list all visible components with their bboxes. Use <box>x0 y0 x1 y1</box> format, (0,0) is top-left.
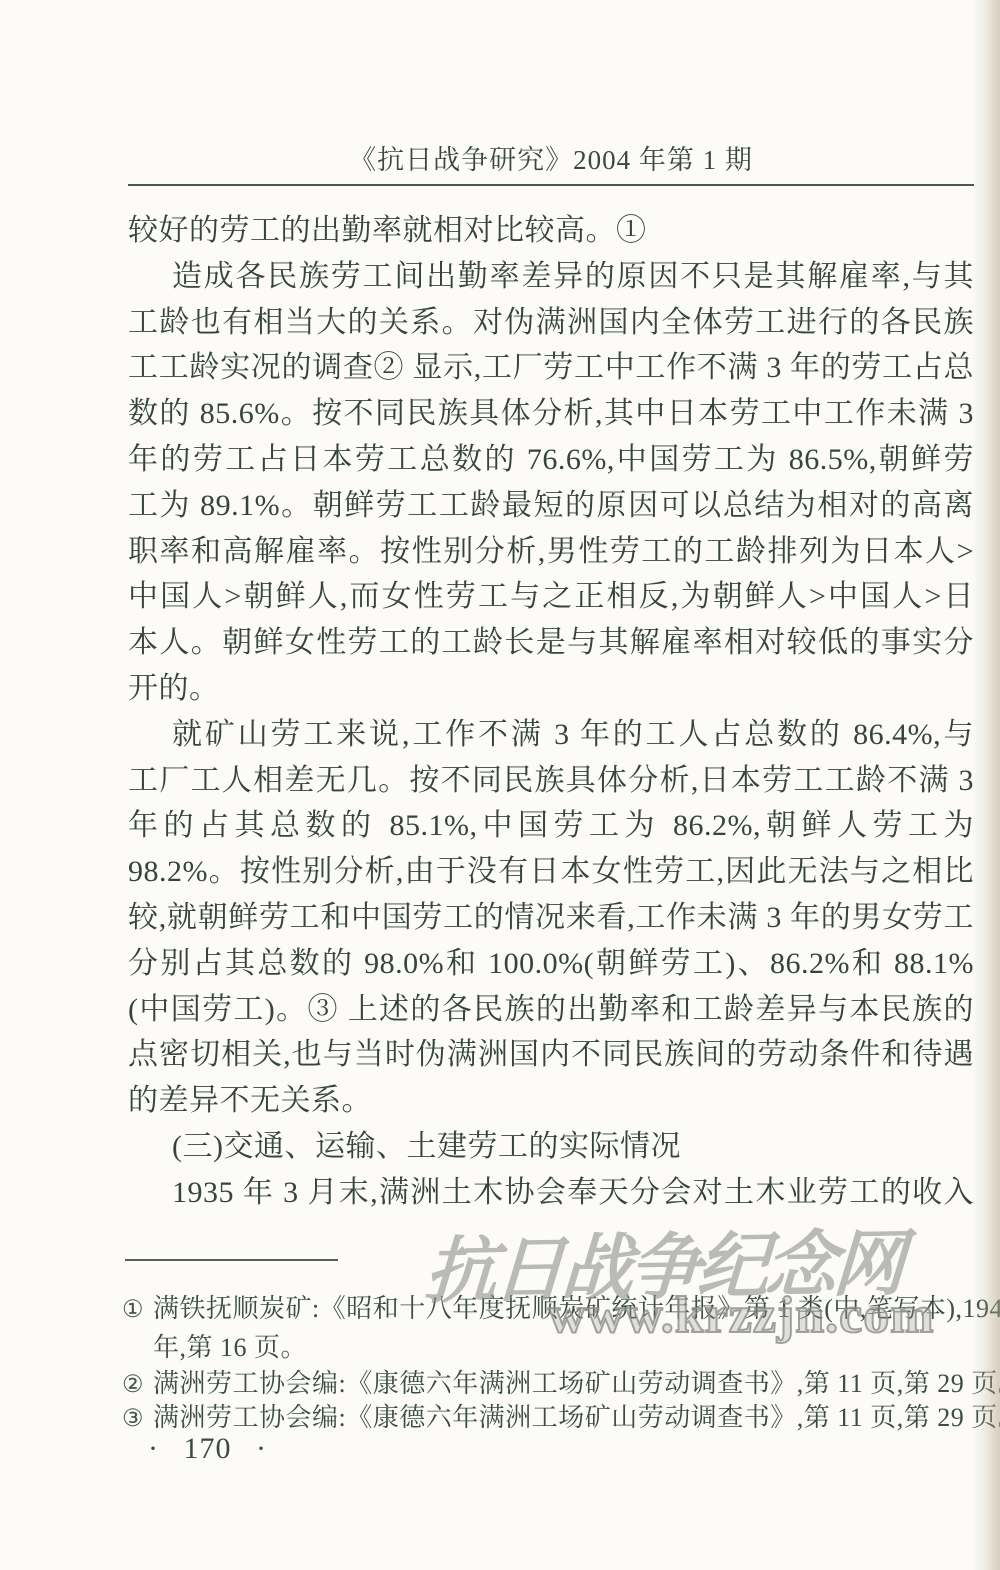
footnote-marker: ① <box>122 1295 144 1324</box>
text-line: 数的 85.6%。按不同民族具体分析,其中日本劳工中工作未满 3 <box>128 391 974 437</box>
text-line: 点密切相关,也与当时伪满洲国内不同民族间的劳动条件和待遇 <box>128 1032 974 1078</box>
text-line: 工工龄实况的调查② 显示,工厂劳工中工作不满 3 年的劳工占总 <box>128 345 974 391</box>
page-number: · 170 · <box>148 1432 267 1466</box>
text-line: 的差异不无关系。 <box>128 1078 974 1124</box>
text-line: 工厂工人相差无几。按不同民族具体分析,日本劳工工龄不满 3 <box>128 758 974 804</box>
text-line: (中国劳工)。③ 上述的各民族的出勤率和工龄差异与本民族的特 <box>128 987 974 1033</box>
text-line: 工为 89.1%。朝鲜劳工工龄最短的原因可以总结为相对的高离 <box>128 483 974 529</box>
footnote-text: 满洲劳工协会编:《康德六年满洲工场矿山劳动调查书》,第 11 页,第 29 页。 <box>153 1403 1000 1432</box>
footnote-3: ③满洲劳工协会编:《康德六年满洲工场矿山劳动调查书》,第 11 页,第 29 页… <box>122 1397 978 1434</box>
text-line: 本人。朝鲜女性劳工的工龄长是与其解雇率相对较低的事实分不 <box>128 620 974 666</box>
article-body: 较好的劳工的出勤率就相对比较高。① 造成各民族劳工间出勤率差异的原因不只是其解雇… <box>128 208 974 1216</box>
text-line: 造成各民族劳工间出勤率差异的原因不只是其解雇率,与其 <box>128 254 974 300</box>
footnote-marker: ③ <box>122 1404 144 1433</box>
text-line: 工龄也有相当大的关系。对伪满洲国内全体劳工进行的各民族劳 <box>128 300 974 346</box>
footnote-text: 满铁抚顺炭矿:《昭和十八年度抚顺炭矿统计年报》第 1 类(中,笔写本),1945 <box>153 1294 1000 1323</box>
scanned-page: { "header": { "journal_issue": "《抗日战争研究》… <box>0 0 1000 1570</box>
text-line: 较好的劳工的出勤率就相对比较高。① <box>128 208 974 254</box>
text-line: 职率和高解雇率。按性别分析,男性劳工的工龄排列为日本人> <box>128 529 974 575</box>
footnote-1-continued: 年,第 16 页。 <box>153 1327 973 1364</box>
text-line: 年的劳工占日本劳工总数的 76.6%,中国劳工为 86.5%,朝鲜劳 <box>128 437 974 483</box>
scan-edge-shadow <box>972 0 1000 1570</box>
footnote-2: ②满洲劳工协会编:《康德六年满洲工场矿山劳动调查书》,第 11 页,第 29 页… <box>122 1363 978 1400</box>
text-line: 较,就朝鲜劳工和中国劳工的情况来看,工作未满 3 年的男女劳工 <box>128 895 974 941</box>
text-line: 年的占其总数的 85.1%,中国劳工为 86.2%,朝鲜人劳工为 <box>128 803 974 849</box>
text-line: 1935 年 3 月末,满洲土木协会奉天分会对土木业劳工的收入 <box>128 1170 974 1216</box>
section-heading: (三)交通、运输、土建劳工的实际情况 <box>128 1124 974 1170</box>
text-line: 中国人>朝鲜人,而女性劳工与之正相反,为朝鲜人>中国人>日 <box>128 574 974 620</box>
footnote-text: 满洲劳工协会编:《康德六年满洲工场矿山劳动调查书》,第 11 页,第 29 页。 <box>153 1369 1000 1398</box>
text-line: 开的。 <box>128 666 974 712</box>
journal-issue-header: 《抗日战争研究》2004 年第 1 期 <box>128 138 974 177</box>
footnote-marker: ② <box>122 1370 144 1399</box>
text-line: 分别占其总数的 98.0%和 100.0%(朝鲜劳工)、86.2%和 88.1% <box>128 941 974 987</box>
footnote-separator <box>125 1259 338 1261</box>
header-rule <box>128 184 974 186</box>
text-line: 98.2%。按性别分析,由于没有日本女性劳工,因此无法与之相比 <box>128 849 974 895</box>
text-line: 就矿山劳工来说,工作不满 3 年的工人占总数的 86.4%,与 <box>128 712 974 758</box>
footnote-1: ①满铁抚顺炭矿:《昭和十八年度抚顺炭矿统计年报》第 1 类(中,笔写本),194… <box>122 1288 978 1325</box>
